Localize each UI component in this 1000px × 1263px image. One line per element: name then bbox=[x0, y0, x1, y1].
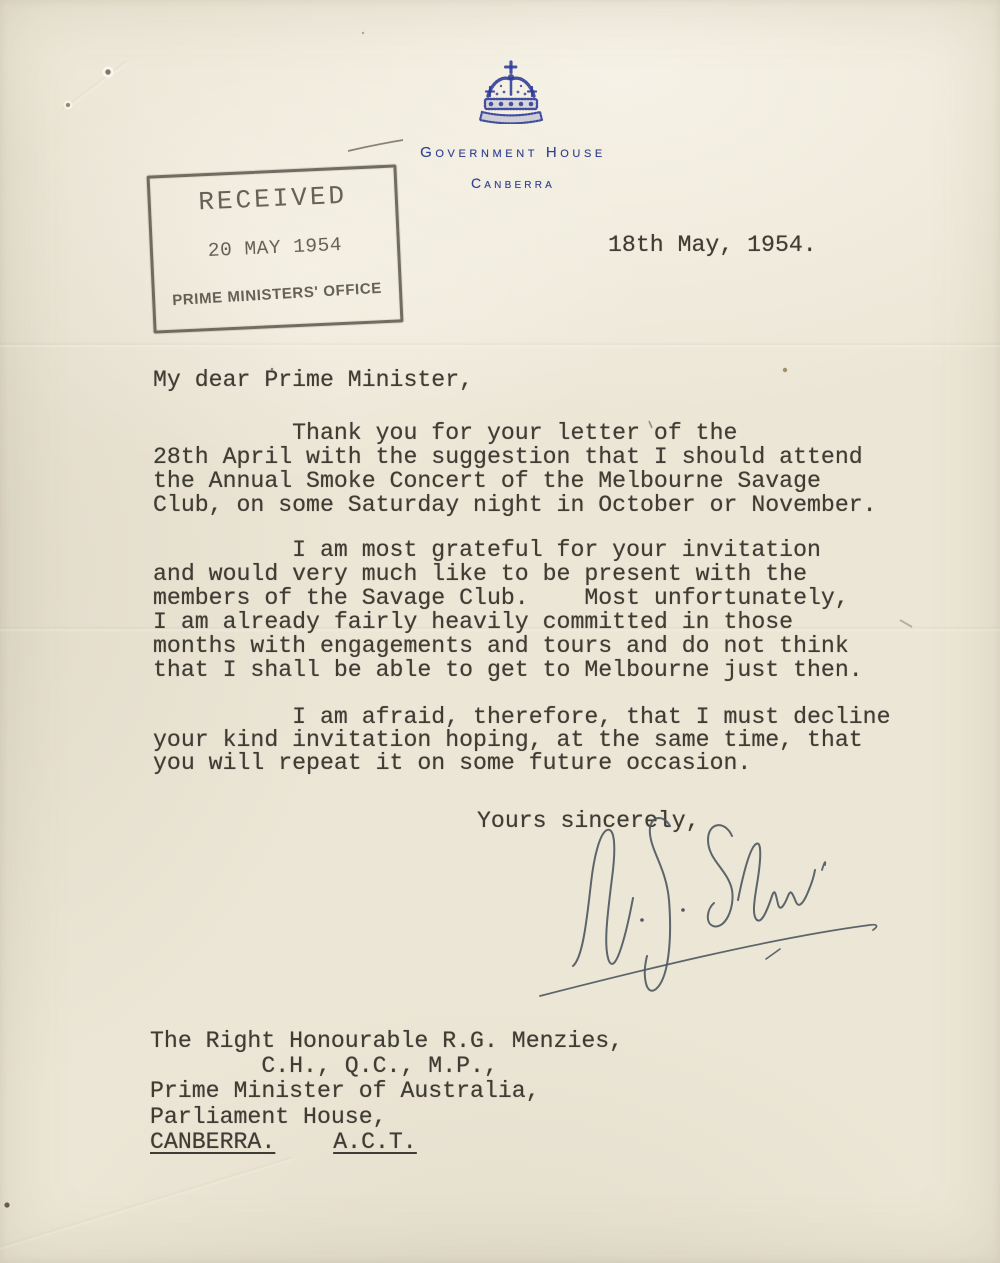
letterhead-line2: Canberra bbox=[363, 175, 663, 191]
recipient-block: The Right Honourable R.G. Menzies, C.H.,… bbox=[150, 1029, 623, 1155]
body-line: 28th April with the suggestion that I sh… bbox=[153, 445, 877, 469]
letterhead-line1: Government House bbox=[363, 144, 663, 161]
letter-sheet: Government House Canberra RECEIVED 20 MA… bbox=[0, 0, 1000, 1263]
recipient-line: The Right Honourable R.G. Menzies, bbox=[150, 1029, 623, 1054]
recipient-line: C.H., Q.C., M.P., bbox=[150, 1054, 623, 1079]
body-line: that I shall be able to get to Melbourne… bbox=[153, 658, 863, 682]
body-line: and would very much like to be present w… bbox=[153, 562, 863, 586]
recipient-line: Parliament House, bbox=[150, 1105, 623, 1130]
recipient-line: CANBERRA.A.C.T. bbox=[150, 1130, 623, 1155]
closing: Yours sincerely, bbox=[477, 809, 700, 833]
paragraph-3: I am afraid, therefore, that I must decl… bbox=[153, 706, 890, 775]
pin-hole bbox=[104, 68, 113, 77]
stamp-date-text: 20 MAY 1954 bbox=[153, 231, 398, 264]
paragraph-1: Thank you for your letter of the 28th Ap… bbox=[153, 421, 877, 517]
body-line: the Annual Smoke Concert of the Melbourn… bbox=[153, 469, 877, 493]
body-line: you will repeat it on some future occasi… bbox=[153, 752, 890, 775]
body-line: Club, on some Saturday night in October … bbox=[153, 493, 877, 517]
body-line: Thank you for your letter of the bbox=[153, 421, 877, 445]
salutation: My dear Prime Minister, bbox=[153, 368, 473, 392]
signature bbox=[470, 808, 960, 1008]
recipient-territory: A.C.T. bbox=[333, 1129, 417, 1155]
body-line: members of the Savage Club. Most unfortu… bbox=[153, 586, 863, 610]
body-line: I am already fairly heavily committed in… bbox=[153, 610, 863, 634]
date-line: 18th May, 1954. bbox=[608, 233, 817, 257]
fold-crease bbox=[0, 1155, 293, 1260]
body-line: I am afraid, therefore, that I must decl… bbox=[153, 706, 890, 729]
recipient-line: Prime Minister of Australia, bbox=[150, 1079, 623, 1104]
received-stamp: RECEIVED 20 MAY 1954 PRIME MINISTERS' OF… bbox=[147, 164, 404, 333]
body-line: months with engagements and tours and do… bbox=[153, 634, 863, 658]
paper-speck bbox=[4, 1202, 9, 1207]
recipient-city: CANBERRA. bbox=[150, 1129, 275, 1155]
paragraph-2: I am most grateful for your invitation a… bbox=[153, 538, 863, 682]
stamp-received-text: RECEIVED bbox=[150, 179, 395, 220]
fold-crease bbox=[61, 60, 129, 113]
paper-speck bbox=[783, 368, 787, 372]
crown-icon bbox=[476, 60, 546, 124]
crease-nick bbox=[900, 620, 912, 627]
paper-speck bbox=[362, 32, 364, 34]
stamp-office-text: PRIME MINISTERS' OFFICE bbox=[155, 279, 400, 310]
body-line: your kind invitation hoping, at the same… bbox=[153, 729, 890, 752]
body-line: I am most grateful for your invitation bbox=[153, 538, 863, 562]
fold-crease bbox=[0, 342, 1000, 348]
